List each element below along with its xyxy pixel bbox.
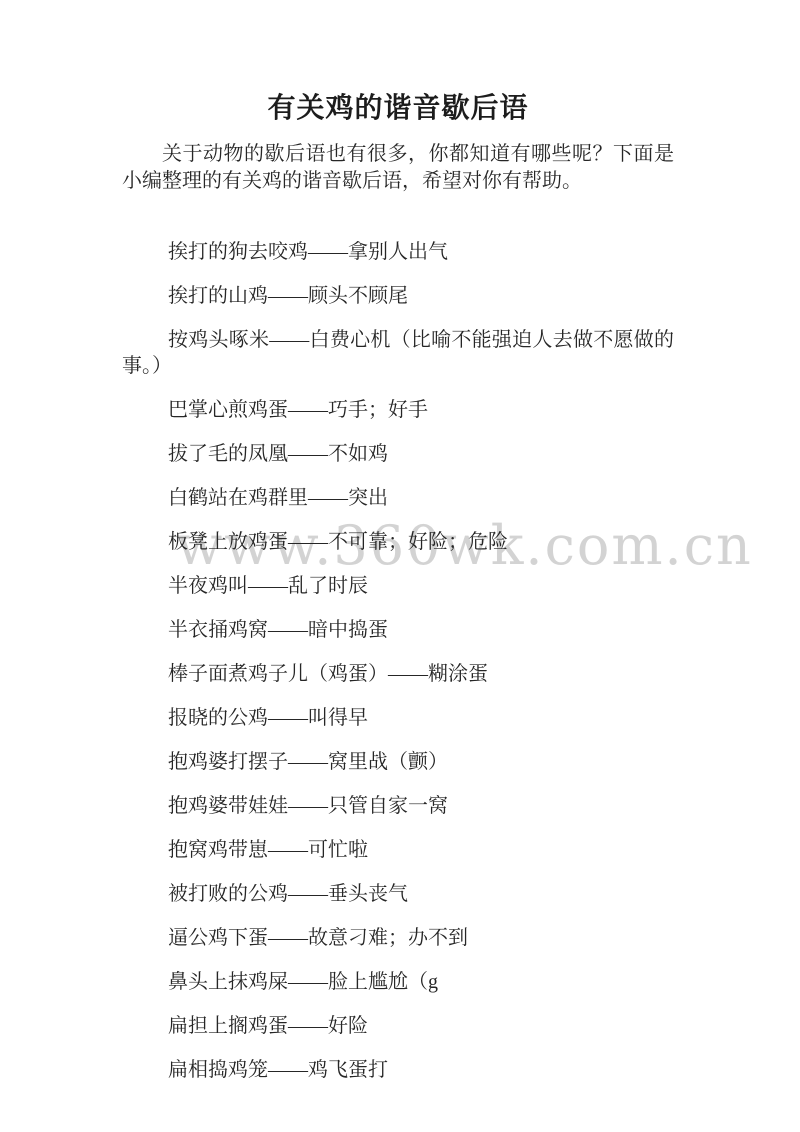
saying-line: 半夜鸡叫——乱了时辰 xyxy=(122,573,674,599)
saying-line: 扁相捣鸡笼——鸡飞蛋打 xyxy=(122,1057,674,1083)
saying-line: 鼻头上抹鸡屎——脸上尴尬（g xyxy=(122,969,674,995)
saying-line: 半衣捅鸡窝——暗中捣蛋 xyxy=(122,617,674,643)
saying-line: 板凳上放鸡蛋——不可靠；好险；危险 xyxy=(122,529,674,555)
sayings-list: 挨打的狗去咬鸡——拿别人出气挨打的山鸡——顾头不顾尾按鸡头啄米——白费心机（比喻… xyxy=(122,239,674,1083)
document-content: 有关鸡的谐音歇后语 关于动物的歇后语也有很多，你都知道有哪些呢？下面是小编整理的… xyxy=(0,0,800,1083)
saying-line: 被打败的公鸡——垂头丧气 xyxy=(122,881,674,907)
saying-line: 挨打的山鸡——顾头不顾尾 xyxy=(122,283,674,309)
intro-paragraph: 关于动物的歇后语也有很多，你都知道有哪些呢？下面是小编整理的有关鸡的谐音歇后语，… xyxy=(122,141,674,195)
page-title: 有关鸡的谐音歇后语 xyxy=(122,86,674,126)
saying-line: 扁担上搁鸡蛋——好险 xyxy=(122,1013,674,1039)
saying-line: 拔了毛的凤凰——不如鸡 xyxy=(122,441,674,467)
saying-line: 抱鸡婆带娃娃——只管自家一窝 xyxy=(122,793,674,819)
saying-line: 白鹤站在鸡群里——突出 xyxy=(122,485,674,511)
saying-line: 抱鸡婆打摆子——窝里战（颤） xyxy=(122,749,674,775)
saying-line: 巴掌心煎鸡蛋——巧手；好手 xyxy=(122,397,674,423)
saying-line: 逼公鸡下蛋——故意刁难；办不到 xyxy=(122,925,674,951)
saying-line: 挨打的狗去咬鸡——拿别人出气 xyxy=(122,239,674,265)
saying-line: 按鸡头啄米——白费心机（比喻不能强迫人去做不愿做的事。） xyxy=(122,327,674,379)
document-page: www.360wk.com.cn 有关鸡的谐音歇后语 关于动物的歇后语也有很多，… xyxy=(0,0,800,1132)
saying-line: 报晓的公鸡——叫得早 xyxy=(122,705,674,731)
saying-line: 抱窝鸡带崽——可忙啦 xyxy=(122,837,674,863)
saying-line: 棒子面煮鸡子儿（鸡蛋）——糊涂蛋 xyxy=(122,661,674,687)
